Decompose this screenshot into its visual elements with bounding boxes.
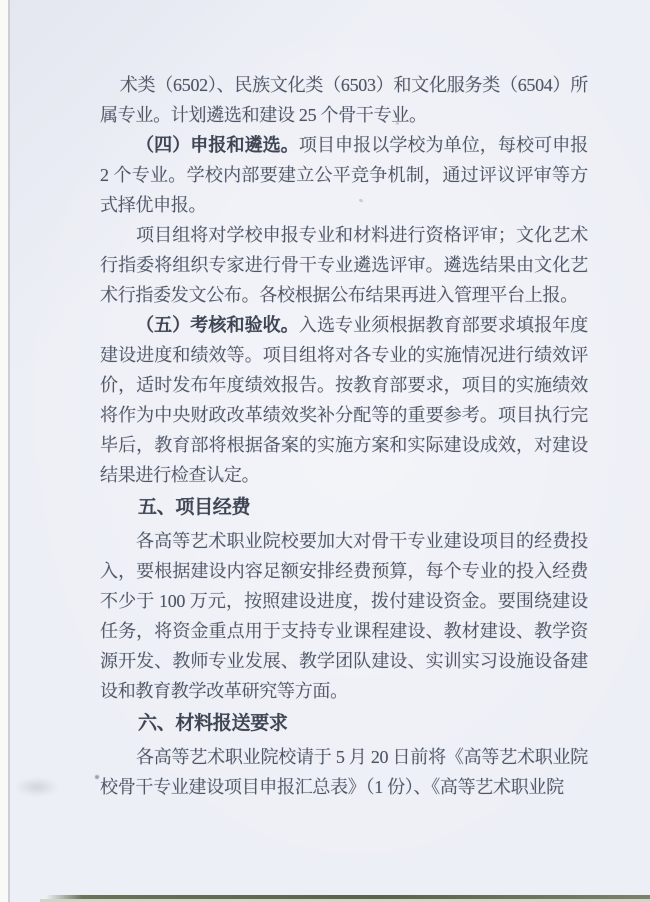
paragraph: 项目组将对学校申报专业和材料进行资格评审；文化艺术行指委将组织专家进行骨干专业遴…: [100, 220, 588, 310]
paragraph: 术类（6502）、民族文化类（6503）和文化服务类（6504）所属专业。计划遴…: [100, 70, 588, 130]
scanner-edge-bottom: [46, 895, 650, 899]
scanned-page: 术类（6502）、民族文化类（6503）和文化服务类（6504）所属专业。计划遴…: [0, 0, 650, 902]
document-body: 术类（6502）、民族文化类（6503）和文化服务类（6504）所属专业。计划遴…: [100, 70, 588, 802]
section-heading: 六、材料报送要求: [100, 709, 588, 739]
scan-smudge: [15, 777, 59, 797]
section-heading: 五、项目经费: [100, 493, 588, 523]
paragraph: （五）考核和验收。入选专业须根据教育部要求填报年度建设进度和绩效等。项目组将对各…: [100, 310, 588, 490]
paragraph-lead: （四）申报和遴选。: [136, 135, 299, 155]
paragraph: （四）申报和遴选。项目申报以学校为单位，每校可申报 2 个专业。学校内部要建立公…: [100, 130, 588, 220]
paragraph: 各高等艺术职业院校请于 5 月 20 日前将《高等艺术职业院校骨干专业建设项目申…: [100, 742, 588, 802]
paragraph: 各高等艺术职业院校要加大对骨干专业建设项目的经费投入，要根据建设内容足额安排经费…: [100, 526, 588, 706]
scan-speck: [95, 775, 99, 779]
paragraph-lead: （五）考核和验收。: [136, 315, 299, 335]
scanner-edge-left: [0, 0, 10, 902]
